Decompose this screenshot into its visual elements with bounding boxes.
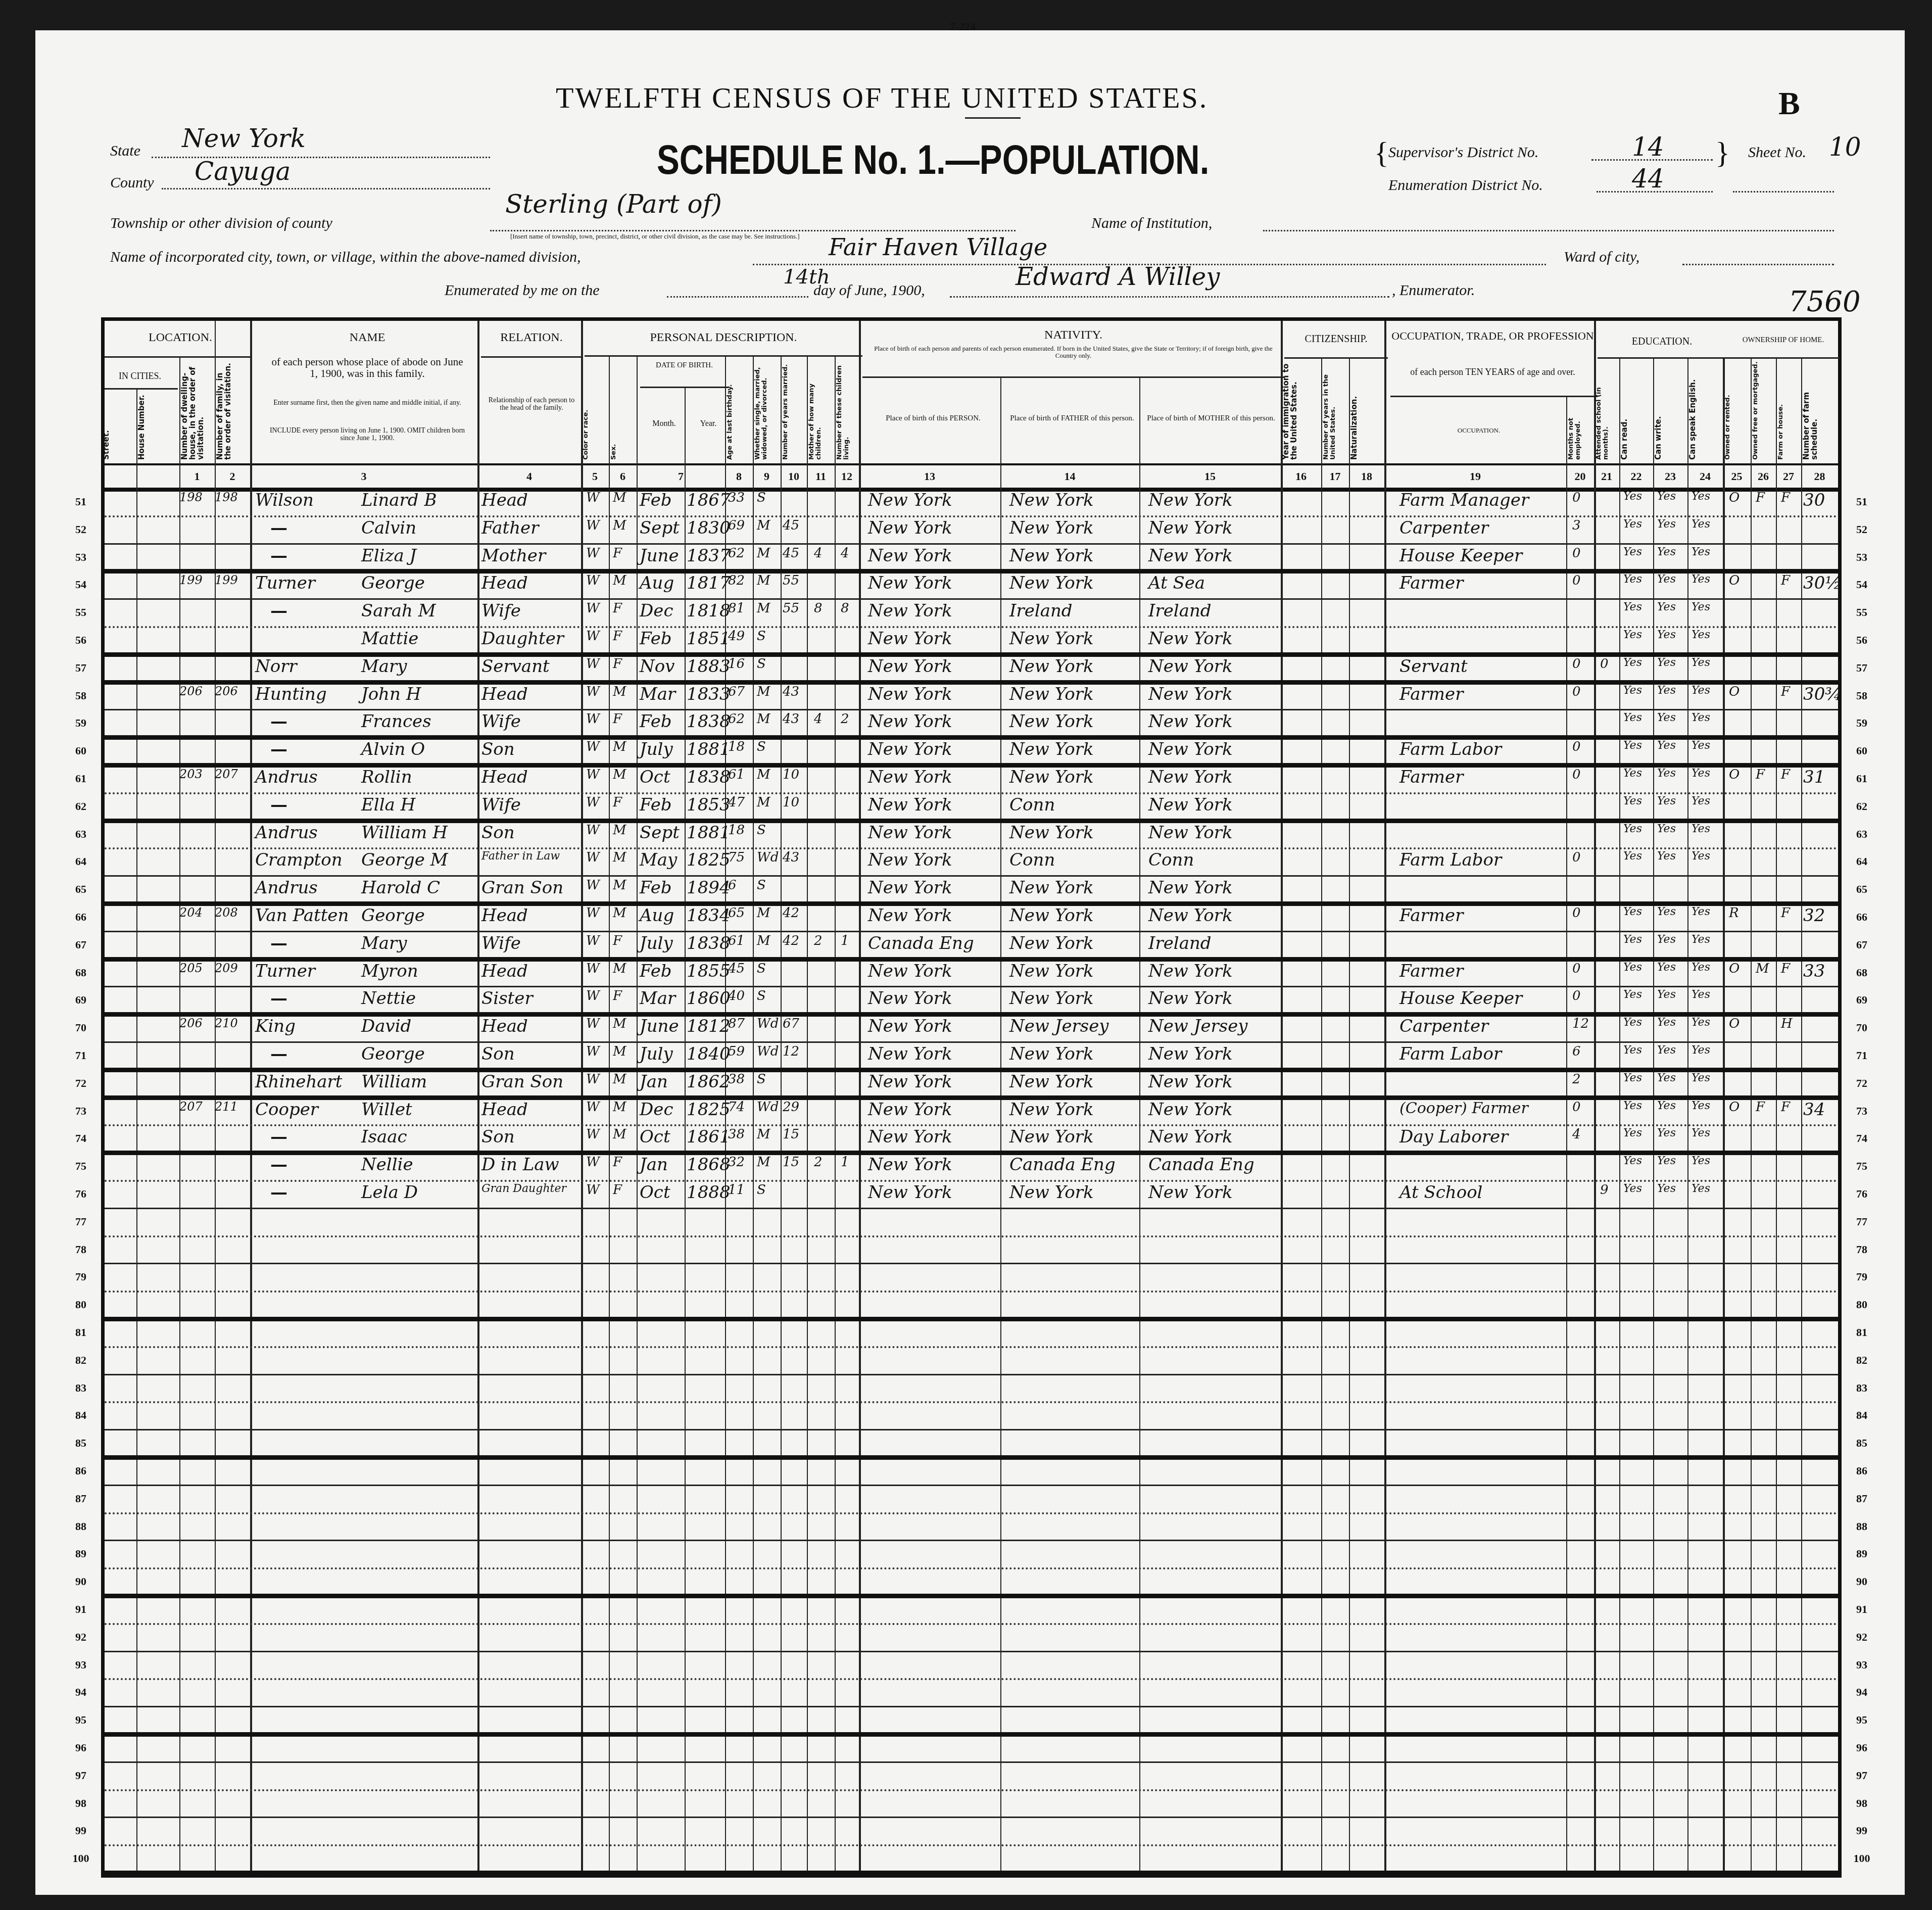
cell-marital: S — [757, 988, 766, 1004]
table-row[interactable]: NorrMaryServantWFNov188316SNew YorkNew Y… — [0, 654, 1932, 682]
row-divider — [105, 1512, 1838, 1514]
column-number: 20 — [1566, 470, 1594, 483]
line-number: 78 — [1849, 1243, 1874, 1256]
line-number: 98 — [68, 1797, 93, 1810]
cell-pob-mother: New York — [1148, 1100, 1233, 1120]
header-farm: Farm or house. — [1777, 361, 1800, 460]
table-row[interactable]: 206206HuntingJohn HHeadWMMar183367M43New… — [0, 682, 1932, 709]
table-row[interactable]: —Sarah MWifeWFDec181881M5588New YorkIrel… — [0, 599, 1932, 626]
cell-month: Feb — [640, 711, 672, 732]
table-row[interactable]: —FrancesWifeWFFeb183862M4342New YorkNew … — [0, 709, 1932, 737]
cell-given: Mary — [361, 933, 407, 953]
line-number: 92 — [1849, 1631, 1874, 1644]
table-row[interactable]: 203207AndrusRollinHeadWMOct183861M10New … — [0, 765, 1932, 792]
cell-age: 32 — [728, 1155, 745, 1170]
cell-pob-father: New York — [1009, 905, 1094, 926]
table-row[interactable]: MattieDaughterWFFeb185149SNew YorkNew Yo… — [0, 627, 1932, 654]
in-cities-label: IN CITIES. — [105, 371, 175, 381]
cell-read: Yes — [1623, 767, 1642, 780]
cell-year: 1838 — [687, 711, 731, 732]
cell-schedule: 30 — [1803, 490, 1825, 510]
cell-surname: Andrus — [255, 823, 318, 843]
cell-english: Yes — [1692, 1155, 1710, 1167]
cell-pob-mother: New York — [1148, 767, 1233, 787]
cell-sex: F — [613, 933, 622, 948]
column-number: 21 — [1594, 470, 1619, 483]
footer-number: 2 — [318, 1870, 322, 1878]
cell-farm: F — [1781, 905, 1790, 921]
cell-pob: New York — [868, 546, 952, 566]
cell-mother-of: 2 — [814, 933, 823, 948]
cell-write: Yes — [1657, 1182, 1676, 1195]
cell-color: W — [586, 684, 600, 699]
township-label: Township or other division of county — [110, 215, 332, 232]
cell-color: W — [586, 573, 600, 588]
line-number: 92 — [68, 1631, 93, 1644]
cell-marital: M — [757, 1155, 770, 1170]
cell-age: 38 — [728, 1072, 745, 1087]
cell-surname: — — [270, 795, 287, 815]
row-divider — [105, 1374, 1838, 1375]
cell-read: Yes — [1623, 1182, 1642, 1195]
cell-age: 67 — [728, 684, 745, 699]
table-row[interactable]: 207211CooperWilletHeadWMDec182574Wd29New… — [0, 1097, 1932, 1125]
line-number: 99 — [68, 1824, 93, 1837]
cell-surname: Hunting — [255, 684, 327, 704]
cell-given: Alvin O — [361, 739, 425, 759]
cell-dwelling: 199 — [179, 573, 203, 587]
header-mother_of: Mother of how many children. — [808, 359, 833, 460]
table-row[interactable]: —MaryWifeWFJuly183861M4221Canada EngNew … — [0, 931, 1932, 959]
cell-marital: S — [757, 739, 766, 754]
cell-relation: Gran Son — [481, 1072, 563, 1092]
cell-color: W — [586, 767, 600, 782]
cell-given: David — [361, 1016, 411, 1036]
cell-yrs-married: 12 — [783, 1044, 799, 1059]
cell-pob: New York — [868, 878, 952, 898]
cell-yrs-married: 43 — [783, 850, 799, 865]
cell-dwelling: 205 — [179, 961, 203, 975]
column-number: 18 — [1349, 470, 1384, 483]
education-rule — [1598, 357, 1726, 359]
cell-unemployed: 0 — [1572, 961, 1581, 976]
state-label: State — [110, 142, 140, 160]
cell-english: Yes — [1692, 739, 1710, 752]
cell-write: Yes — [1657, 629, 1676, 641]
table-row[interactable]: —GeorgeSonWMJuly184059Wd12New YorkNew Yo… — [0, 1042, 1932, 1069]
ward-field[interactable] — [1682, 264, 1834, 265]
cell-marital: M — [757, 573, 770, 588]
cell-age: 82 — [728, 573, 745, 588]
cell-relation: Head — [481, 573, 528, 593]
brace-left: { — [1374, 135, 1389, 170]
table-row[interactable]: 204208Van PattenGeorgeHeadWMAug183465M42… — [0, 903, 1932, 931]
cell-owned: R — [1729, 905, 1739, 921]
cell-age: 62 — [728, 711, 745, 727]
cell-write: Yes — [1657, 933, 1676, 946]
cell-year: 1830 — [687, 518, 731, 538]
cell-read: Yes — [1623, 1100, 1642, 1112]
cell-month: Feb — [640, 490, 672, 510]
cell-write: Yes — [1657, 1044, 1676, 1057]
cell-pob-mother: At Sea — [1148, 573, 1205, 593]
cell-sex: M — [613, 850, 626, 865]
line-number: 93 — [68, 1658, 93, 1672]
cell-write: Yes — [1657, 905, 1676, 918]
cell-english: Yes — [1692, 823, 1710, 835]
cell-pob-mother: New York — [1148, 739, 1233, 759]
cell-surname: Wilson — [255, 490, 314, 510]
line-number: 84 — [1849, 1409, 1874, 1422]
cell-write: Yes — [1657, 711, 1676, 724]
line-number: 77 — [68, 1215, 93, 1228]
header-write: Can write. — [1655, 361, 1686, 460]
cell-age: 11 — [728, 1182, 745, 1198]
group-citizenship: CITIZENSHIP. — [1284, 333, 1388, 345]
cell-english: Yes — [1692, 1182, 1710, 1195]
cell-relation: Sister — [481, 988, 533, 1009]
group-education: EDUCATION. — [1598, 336, 1726, 347]
cell-pob: New York — [868, 1127, 952, 1147]
day-field[interactable] — [667, 296, 808, 298]
cell-pob-father: New York — [1009, 629, 1094, 649]
cell-sex: F — [613, 1182, 622, 1198]
cell-surname: — — [270, 988, 287, 1009]
cell-pob: New York — [868, 1016, 952, 1036]
table-row[interactable]: —NettieSisterWFMar186040SNew YorkNew Yor… — [0, 986, 1932, 1014]
cell-year: 1840 — [687, 1044, 731, 1064]
cell-pob: New York — [868, 1155, 952, 1175]
cell-write: Yes — [1657, 823, 1676, 835]
cell-pob: New York — [868, 739, 952, 759]
cell-sex: M — [613, 1072, 626, 1087]
cell-relation: Head — [481, 1016, 528, 1036]
ownership-rule — [1726, 357, 1840, 359]
column-number: 26 — [1751, 470, 1776, 483]
cell-relation: Servant — [481, 656, 550, 677]
cell-year: 1862 — [687, 1072, 731, 1092]
cell-surname: Rhinehart — [255, 1072, 342, 1092]
cell-age: 61 — [728, 933, 745, 948]
cell-color: W — [586, 629, 600, 644]
cell-relation: Son — [481, 1127, 515, 1147]
table-row[interactable]: —IsaacSonWMOct186138M15New YorkNew YorkN… — [0, 1125, 1932, 1152]
cell-write: Yes — [1657, 739, 1676, 752]
institution-field[interactable] — [1263, 230, 1834, 231]
header-imm: Year of immigration to the United States… — [1282, 361, 1320, 460]
cell-marital: Wd — [757, 1100, 779, 1115]
cell-dwelling: 206 — [179, 684, 203, 698]
cell-living: 2 — [841, 711, 849, 727]
cell-read: Yes — [1623, 601, 1642, 613]
table-row[interactable]: 199199TurnerGeorgeHeadWMAug181782M55New … — [0, 571, 1932, 598]
cell-write: Yes — [1657, 684, 1676, 697]
cell-relation: Wife — [481, 711, 521, 732]
cell-pob-mother: New York — [1148, 1072, 1233, 1092]
cell-pob-father: New York — [1009, 988, 1094, 1009]
table-row[interactable]: —Ella HWifeWFFeb185347M10New YorkConnNew… — [0, 793, 1932, 820]
column-number: 6 — [609, 470, 637, 483]
cell-age: 6 — [728, 878, 737, 893]
cell-age: 87 — [728, 1016, 745, 1031]
line-number: 97 — [68, 1769, 93, 1782]
cell-sex: F — [613, 656, 622, 672]
cell-year: 1860 — [687, 988, 731, 1009]
line-number: 99 — [1849, 1824, 1874, 1837]
cell-free: F — [1756, 490, 1765, 505]
cell-year: 1838 — [687, 767, 731, 787]
cell-unemployed: 0 — [1572, 490, 1581, 505]
cell-pob-mother: New York — [1148, 684, 1233, 704]
row-divider — [105, 1455, 1838, 1460]
cell-month: Sept — [640, 518, 680, 538]
cell-sex: M — [613, 905, 626, 921]
sheet-value: 10 — [1829, 132, 1861, 162]
enumerator-field[interactable] — [950, 296, 1389, 298]
row-divider — [105, 1594, 1838, 1598]
header-nat: Naturalization. — [1350, 361, 1383, 460]
cell-write: Yes — [1657, 573, 1676, 586]
line-number: 100 — [68, 1852, 93, 1865]
cell-year: 1825 — [687, 850, 731, 870]
cell-pob-father: New York — [1009, 961, 1094, 981]
cell-occupation: Servant — [1399, 656, 1468, 677]
cell-write: Yes — [1657, 656, 1676, 669]
cell-color: W — [586, 711, 600, 727]
cell-living: 4 — [841, 546, 849, 561]
header-yrs_married: Number of years married. — [782, 359, 805, 460]
column-number: 8 — [725, 470, 753, 483]
cell-month: July — [640, 1044, 673, 1064]
cell-month: Dec — [640, 1100, 673, 1120]
cell-pob-father: New York — [1009, 1127, 1094, 1147]
cell-color: W — [586, 1100, 600, 1115]
cell-year: 1855 — [687, 961, 731, 981]
cell-read: Yes — [1623, 1155, 1642, 1167]
cell-given: Nellie — [361, 1155, 413, 1175]
line-number: 96 — [1849, 1741, 1874, 1754]
cell-surname: Van Patten — [255, 905, 349, 926]
cell-family: 206 — [215, 684, 238, 698]
cell-given: Sarah M — [361, 601, 436, 621]
cell-school: 9 — [1600, 1182, 1609, 1198]
sheet-label: Sheet No. — [1748, 144, 1806, 161]
cell-unemployed: 0 — [1572, 850, 1581, 865]
cell-year: 1817 — [687, 573, 731, 593]
cell-pob: New York — [868, 684, 952, 704]
cell-given: George M — [361, 850, 448, 870]
cell-sex: M — [613, 961, 626, 976]
cell-yrs-married: 15 — [783, 1155, 799, 1170]
cell-year: 1812 — [687, 1016, 731, 1036]
cell-farm: F — [1781, 767, 1790, 782]
column-number: 9 — [753, 470, 781, 483]
cell-month: Mar — [640, 988, 675, 1009]
cell-read: Yes — [1623, 629, 1642, 641]
cell-owned: O — [1729, 961, 1740, 976]
cell-relation: Head — [481, 490, 528, 510]
cell-unemployed: 3 — [1572, 518, 1581, 533]
cell-unemployed: 4 — [1572, 1127, 1581, 1142]
table-row[interactable]: 206210KingDavidHeadWMJune181287Wd67New Y… — [0, 1014, 1932, 1041]
township-value: Sterling (Part of) — [505, 189, 722, 219]
group-ownership: OWNERSHIP OF HOME. — [1726, 336, 1840, 345]
cell-occupation: (Cooper) Farmer — [1399, 1100, 1528, 1117]
cell-pob-father: New York — [1009, 573, 1094, 593]
cell-write: Yes — [1657, 961, 1676, 974]
table-row[interactable]: —CalvinFatherWMSept183069M45New YorkNew … — [0, 516, 1932, 543]
table-row[interactable]: —Eliza JMotherWFJune183762M4544New YorkN… — [0, 544, 1932, 571]
cell-english: Yes — [1692, 711, 1710, 724]
table-row[interactable]: RhinehartWilliamGran SonWMJan186238SNew … — [0, 1070, 1932, 1097]
column-number: 11 — [807, 470, 835, 483]
pob-father-label: Place of birth of FATHER of this person. — [1006, 414, 1138, 423]
row-divider — [105, 1567, 1838, 1569]
cell-color: W — [586, 1127, 600, 1142]
cell-surname: — — [270, 518, 287, 538]
table-row[interactable]: AndrusWilliam HSonWMSept188118SNew YorkN… — [0, 821, 1932, 848]
cell-marital: Wd — [757, 1044, 779, 1059]
cell-given: William — [361, 1072, 427, 1092]
cell-occupation: Farm Labor — [1399, 850, 1502, 870]
row-divider — [105, 1317, 1838, 1321]
cell-pob-father: New Jersey — [1009, 1016, 1109, 1036]
cell-relation: Wife — [481, 933, 521, 953]
cell-marital: Wd — [757, 1016, 779, 1031]
cell-sex: M — [613, 1016, 626, 1031]
cell-color: W — [586, 850, 600, 865]
cell-color: W — [586, 1016, 600, 1031]
cell-surname: — — [270, 711, 287, 732]
cell-unemployed: 0 — [1572, 767, 1581, 782]
header-sex: Sex. — [610, 359, 635, 460]
cell-free: M — [1756, 961, 1769, 976]
cell-unemployed: 0 — [1572, 573, 1581, 588]
cell-relation: Head — [481, 767, 528, 787]
header-schedule: Number of farm schedule. — [1803, 361, 1837, 460]
cell-surname: — — [270, 1044, 287, 1064]
cell-write: Yes — [1657, 546, 1676, 558]
cell-read: Yes — [1623, 795, 1642, 807]
cell-yrs-married: 10 — [783, 795, 799, 810]
township-instruction: [Insert name of township, town, precinct… — [510, 232, 800, 241]
cell-sex: M — [613, 878, 626, 893]
cell-farm: F — [1781, 573, 1790, 588]
cell-read: Yes — [1623, 518, 1642, 531]
cell-marital: Wd — [757, 850, 779, 865]
cell-surname: Andrus — [255, 878, 318, 898]
cell-pob-mother: New York — [1148, 823, 1233, 843]
row-divider — [105, 1235, 1838, 1237]
ward-label: Ward of city, — [1564, 249, 1639, 266]
row-divider — [105, 1678, 1838, 1680]
cell-pob-father: New York — [1009, 546, 1094, 566]
cell-pob: New York — [868, 823, 952, 843]
line-number: 90 — [1849, 1575, 1874, 1588]
county-field[interactable] — [162, 188, 490, 189]
cell-relation: Head — [481, 905, 528, 926]
cell-occupation: Farm Labor — [1399, 1044, 1502, 1064]
table-row[interactable]: —Lela DGran DaughterWFOct188811SNew York… — [0, 1180, 1932, 1208]
cell-free: F — [1756, 1100, 1765, 1115]
cell-relation: Gran Daughter — [481, 1182, 566, 1195]
line-number: 97 — [1849, 1769, 1874, 1782]
cell-surname: Norr — [255, 656, 297, 677]
cell-english: Yes — [1692, 518, 1710, 531]
cell-pob-mother: Conn — [1148, 850, 1194, 870]
city-label: Name of incorporated city, town, or vill… — [110, 249, 581, 266]
township-field[interactable] — [490, 230, 1016, 231]
cell-sex: F — [613, 629, 622, 644]
census-title: TWELFTH CENSUS OF THE UNITED STATES. — [556, 81, 1208, 115]
cell-month: Feb — [640, 629, 672, 649]
cell-pob-father: New York — [1009, 711, 1094, 732]
header-color: Color or race. — [583, 359, 607, 460]
line-number: 87 — [68, 1492, 93, 1505]
cell-pob-mother: New York — [1148, 629, 1233, 649]
table-row[interactable]: 198198WilsonLinard BHeadWMFeb186733SNew … — [0, 488, 1932, 515]
cell-sex: M — [613, 1127, 626, 1142]
cell-age: 59 — [728, 1044, 745, 1059]
cell-read: Yes — [1623, 905, 1642, 918]
cell-marital: M — [757, 601, 770, 616]
line-number: 86 — [68, 1464, 93, 1477]
cell-pob: New York — [868, 988, 952, 1009]
header-house: House Number. — [138, 392, 178, 460]
row-divider — [105, 1789, 1838, 1791]
cell-color: W — [586, 905, 600, 921]
cell-age: 74 — [728, 1100, 745, 1115]
table-row[interactable]: 205209TurnerMyronHeadWMFeb185545SNew Yor… — [0, 959, 1932, 986]
cell-occupation: Carpenter — [1399, 1016, 1488, 1036]
column-number: 16 — [1281, 470, 1321, 483]
cell-year: 1861 — [687, 1127, 731, 1147]
cell-unemployed: 2 — [1572, 1072, 1581, 1087]
cell-given: George — [361, 1044, 425, 1064]
cell-mother-of: 4 — [814, 546, 823, 561]
cell-age: 75 — [728, 850, 745, 865]
cell-pob-mother: New York — [1148, 905, 1233, 926]
cell-yrs-married: 10 — [783, 767, 799, 782]
table-row[interactable]: AndrusHarold CGran SonWMFeb18946SNew Yor… — [0, 876, 1932, 903]
cell-month: Mar — [640, 684, 675, 704]
pob-mother-label: Place of birth of MOTHER of this person. — [1145, 414, 1277, 423]
cell-read: Yes — [1623, 1044, 1642, 1057]
column-number: 1 — [179, 470, 215, 483]
cell-year: 1818 — [687, 601, 731, 621]
cell-schedule: 31 — [1803, 767, 1825, 787]
cell-pob-mother: Ireland — [1148, 601, 1212, 621]
cell-pob-father: New York — [1009, 1044, 1094, 1064]
cell-read: Yes — [1623, 933, 1642, 946]
header-marital: Whether single, married, widowed, or div… — [754, 359, 779, 460]
cell-color: W — [586, 518, 600, 533]
cell-dwelling: 203 — [179, 767, 203, 781]
cell-month: Jan — [640, 1155, 668, 1175]
cell-given: Mary — [361, 656, 407, 677]
cell-occupation: Farm Labor — [1399, 739, 1502, 759]
line-number: 95 — [68, 1713, 93, 1727]
cell-given: Nettie — [361, 988, 416, 1009]
cell-surname: Andrus — [255, 767, 318, 787]
table-row[interactable]: —Alvin OSonWMJuly188118SNew YorkNew York… — [0, 737, 1932, 765]
cell-marital: M — [757, 1127, 770, 1142]
table-row[interactable]: —NellieD in LawWFJan186832M1521New YorkC… — [0, 1153, 1932, 1180]
cell-pob-father: Conn — [1009, 850, 1055, 870]
cell-pob-father: New York — [1009, 1100, 1094, 1120]
table-row[interactable]: CramptonGeorge MFather in LawWMMay182575… — [0, 848, 1932, 875]
cell-sex: M — [613, 684, 626, 699]
